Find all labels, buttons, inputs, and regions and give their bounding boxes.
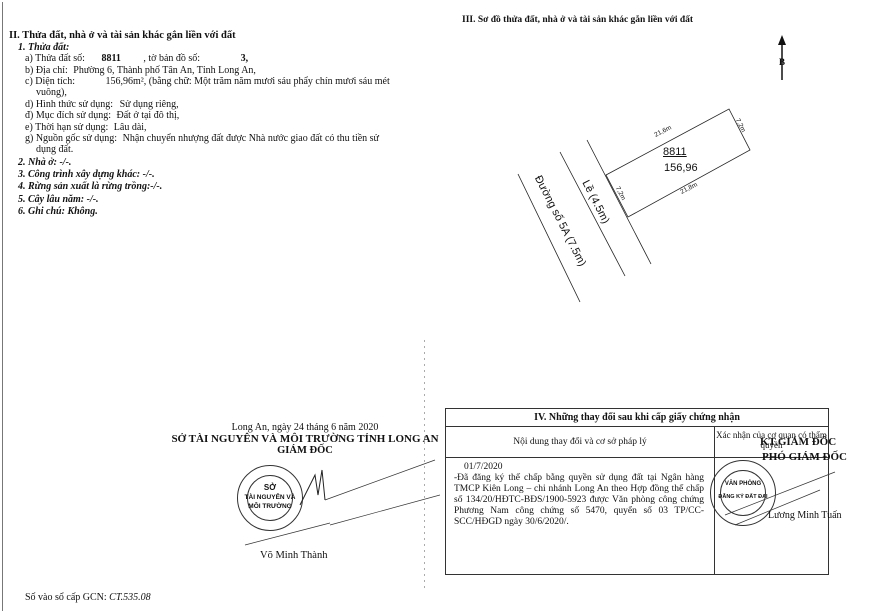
area-value-cont: vuông),: [36, 87, 67, 99]
parcel-label: a) Thửa đất số:: [25, 53, 85, 64]
confirm-title-1: KT.GIÁM ĐỐC: [760, 436, 836, 448]
change-date: 01/7/2020: [454, 462, 710, 473]
signature-strokes-right: [720, 470, 840, 530]
address-value: Phường 6, Thành phố Tân An, Tỉnh Long An…: [73, 65, 256, 76]
origin-value: Nhận chuyển nhượng đất được Nhà nước gia…: [123, 133, 379, 144]
change-content: -Đã đăng ký thế chấp bằng quyền sử dụng …: [454, 473, 710, 528]
term-label: e) Thời hạn sử dụng:: [25, 122, 108, 133]
land-item-address: b) Địa chỉ: Phường 6, Thành phố Tân An, …: [25, 65, 256, 77]
signature-strokes-left: [240, 455, 440, 555]
origin-value-cont: dụng đất.: [36, 144, 73, 156]
registry-value: CT.535.08: [109, 592, 151, 603]
land-item-area: c) Diện tích: 156,96m², (bằng chữ: Một t…: [25, 76, 390, 88]
land-item-usage-form: d) Hình thức sử dụng: Sử dụng riêng,: [25, 99, 179, 111]
purpose-label: đ) Mục đích sử dụng:: [25, 110, 111, 121]
section3-title: III. Sơ đồ thửa đất, nhà ở và tài sản kh…: [462, 15, 693, 25]
usage-form-value: Sử dụng riêng,: [120, 99, 179, 110]
signer-name-left: Võ Minh Thành: [260, 550, 327, 561]
purpose-value: Đất ở tại đô thị,: [116, 110, 179, 121]
address-label: b) Địa chỉ:: [25, 65, 68, 76]
signer-name-right: Lương Minh Tuấn: [768, 510, 842, 521]
land-item-purpose: đ) Mục đích sử dụng: Đất ở tại đô thị,: [25, 110, 179, 122]
signature-block-left: Long An, ngày 24 tháng 6 năm 2020 SỞ TÀI…: [160, 422, 450, 456]
section4-title: IV. Những thay đổi sau khi cấp giấy chứn…: [446, 409, 829, 427]
land-item-term: e) Thời hạn sử dụng: Lâu dài,: [25, 122, 147, 134]
item-notes: 6. Ghi chú: Không.: [18, 206, 98, 217]
parcel-area-label: 156,96: [664, 162, 698, 174]
issuing-organization: SỞ TÀI NGUYÊN VÀ MÔI TRƯỜNG TỈNH LONG AN: [160, 433, 450, 445]
issue-place-date: Long An, ngày 24 tháng 6 năm 2020: [160, 422, 450, 433]
change-content-cell: 01/7/2020 -Đã đăng ký thế chấp bằng quyề…: [446, 458, 715, 575]
item-house: 2. Nhà ở: -/-.: [18, 157, 71, 168]
parcel-number-label: 8811: [663, 146, 687, 158]
land-heading: 1. Thửa đất:: [18, 42, 69, 53]
registry-number: Số vào sổ cấp GCN: CT.535.08: [25, 592, 151, 603]
item-production-forest: 4. Rừng sản xuất là rừng trồng:-/-.: [18, 181, 162, 192]
map-sheet-label: , tờ bản đồ số:: [143, 53, 200, 64]
page-left-border: [2, 2, 3, 611]
registry-label: Số vào sổ cấp GCN:: [25, 592, 107, 603]
parcel-diagram: [500, 100, 780, 310]
item-perennial-trees: 5. Cây lâu năm: -/-.: [18, 194, 99, 205]
item-other-construction: 3. Công trình xây dựng khác: -/-.: [18, 169, 155, 180]
area-label: c) Diện tích:: [25, 76, 75, 87]
land-item-origin: g) Nguồn gốc sử dụng: Nhận chuyển nhượng…: [25, 133, 379, 145]
usage-form-label: d) Hình thức sử dụng:: [25, 99, 113, 110]
section2-title: II. Thửa đất, nhà ở và tài sản khác gắn …: [9, 30, 236, 41]
confirm-title-2: PHÓ GIÁM ĐỐC: [762, 451, 847, 463]
parcel-number: 8811: [101, 53, 120, 64]
map-sheet-number: 3,: [241, 53, 249, 64]
north-label: B: [779, 57, 785, 67]
origin-label: g) Nguồn gốc sử dụng:: [25, 133, 117, 144]
area-value: 156,96m², (bằng chữ: Một trăm năm mươi s…: [105, 76, 389, 87]
land-item-parcel: a) Thửa đất số: 8811 , tờ bản đồ số: 3,: [25, 53, 248, 65]
col-header-content: Nội dung thay đổi và cơ sở pháp lý: [446, 427, 715, 458]
term-value: Lâu dài,: [114, 122, 147, 133]
